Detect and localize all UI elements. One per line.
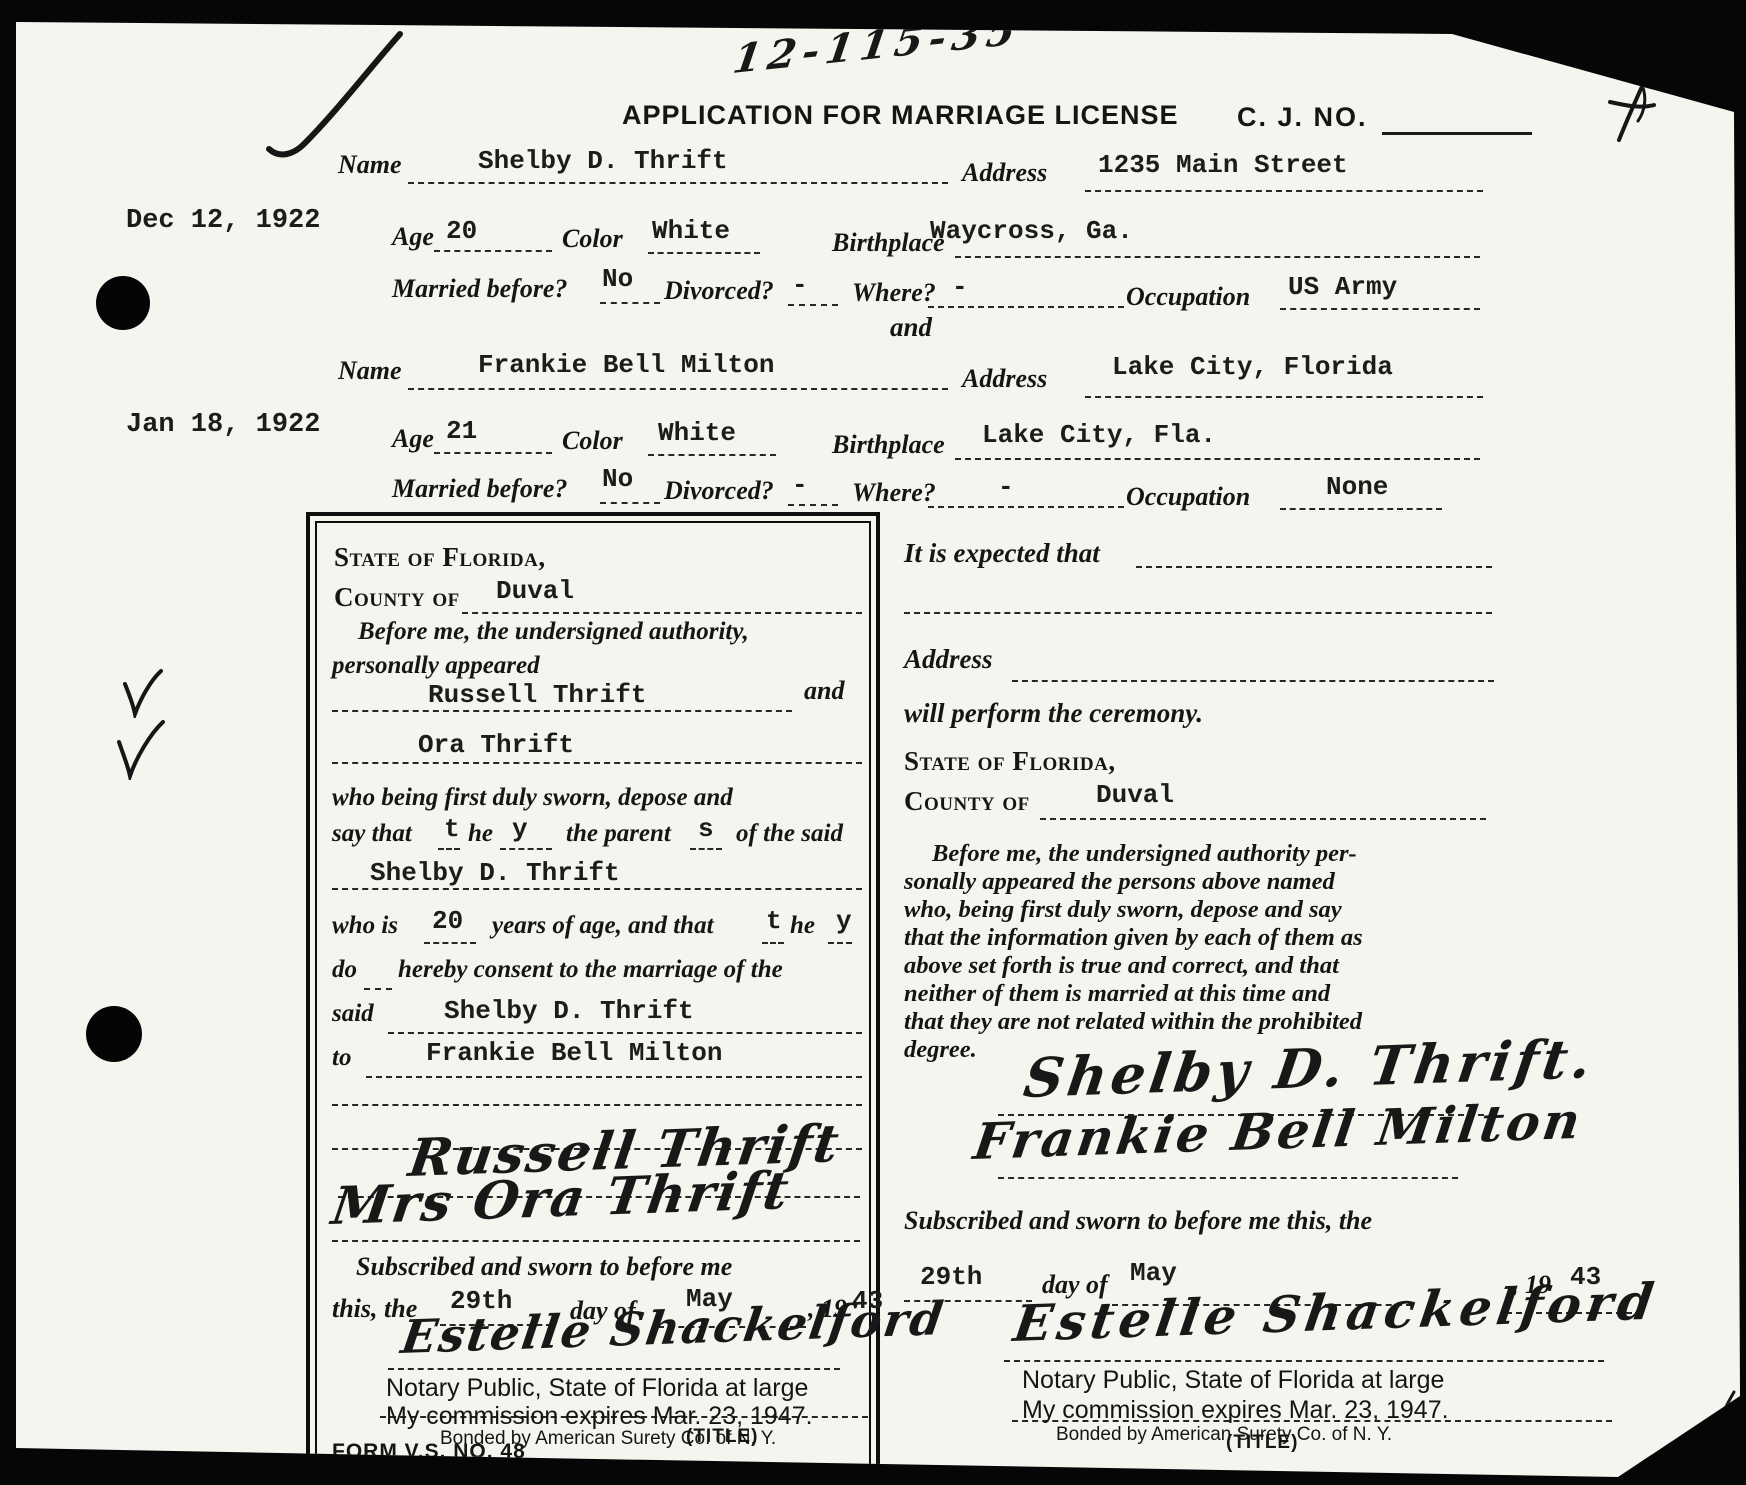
affidavit-title-caption: (TITLE) [1226, 1432, 1298, 1454]
name-label-bride: Name [338, 356, 402, 386]
consent-age-fill2: y [836, 906, 852, 936]
dashed-line [955, 458, 1480, 460]
ceremony-address-label: Address [904, 644, 993, 675]
consent-to-name: Frankie Bell Milton [426, 1038, 722, 1068]
dashed-line [600, 302, 660, 304]
dashed-line [1004, 1360, 1604, 1362]
groom-address-value: 1235 Main Street [1098, 150, 1348, 180]
dashed-line [1136, 566, 1492, 568]
where-label-groom: Where? [852, 278, 936, 308]
occupation-label-groom: Occupation [1126, 282, 1250, 312]
affidavit-line: above set forth is true and correct, and… [904, 952, 1363, 980]
dashed-line [648, 454, 776, 456]
affidavit-county-label: County of [904, 786, 1030, 817]
consent-say-pre: say that [332, 820, 412, 848]
groom-name-value: Shelby D. Thrift [478, 146, 728, 176]
consent-rest-line: hereby consent to the marriage of the [398, 956, 783, 984]
affidavit-bonded-line: Bonded by American Surety Co. of N. Y. [1056, 1424, 1392, 1446]
groom-occupation-value: US Army [1288, 272, 1397, 302]
dashed-line [648, 252, 760, 254]
expected-label: It is expected that [904, 538, 1100, 569]
consent-said-name: Shelby D. Thrift [444, 996, 694, 1026]
consent-child-name: Shelby D. Thrift [370, 858, 620, 888]
consent-parent1-typed: Russell Thrift [428, 680, 646, 710]
perform-ceremony-line: will perform the ceremony. [904, 698, 1203, 729]
consent-intro-line2: personally appeared [332, 652, 540, 680]
married-before-label-bride: Married before? [392, 474, 567, 504]
dashed-line [928, 506, 1124, 508]
consent-sworn-line: who being first duly sworn, depose and [332, 784, 733, 812]
dashed-line [1280, 508, 1442, 510]
dashed-line [998, 1177, 1458, 1179]
dashed-line [434, 250, 552, 252]
bride-stamp-date: Jan 18, 1922 [126, 410, 320, 440]
consent-parent2-typed: Ora Thrift [418, 730, 574, 760]
affidavit-subscribed-line: Subscribed and sworn to before me this, … [904, 1206, 1372, 1236]
dashed-line [1040, 818, 1486, 820]
consent-age-he: he [790, 912, 815, 940]
dashed-line [955, 256, 1480, 258]
affidavit-commission-line: My commission expires Mar. 23, 1947. [1022, 1396, 1449, 1425]
color-label-groom: Color [562, 224, 623, 254]
consent-say-post: of the said [736, 820, 843, 848]
paper-sheet: 12-115-35 APPLICATION FOR MARRIAGE LICEN… [0, 0, 1746, 1485]
bride-age-value: 21 [446, 416, 477, 446]
consent-say-fill3: s [698, 814, 714, 844]
groom-married-before-value: No [602, 264, 633, 294]
x-mark-icon [1598, 78, 1662, 144]
groom-divorced-value: - [792, 270, 808, 300]
consent-to-label: to [332, 1044, 351, 1072]
dashed-line [788, 304, 838, 306]
affidavit-paragraph: Before me, the undersigned authority per… [904, 840, 1363, 1064]
dashed-line [408, 182, 948, 184]
affidavit-month-value: May [1130, 1258, 1177, 1288]
groom-birthplace-value: Waycross, Ga. [930, 216, 1133, 246]
consent-say-fill1: t [444, 814, 460, 844]
consent-and-word: and [804, 676, 844, 706]
dashed-line [1012, 680, 1494, 682]
address-label-groom: Address [962, 158, 1047, 188]
consent-county-value: Duval [496, 576, 574, 606]
groom-stamp-date: Dec 12, 1922 [126, 206, 320, 236]
consent-do-word: do [332, 956, 357, 984]
consent-age-pre: who is [332, 912, 398, 940]
color-label-bride: Color [562, 426, 623, 456]
checkmark-icon [114, 718, 166, 780]
consent-state-heading: State of Florida, [334, 542, 546, 573]
consent-age-value: 20 [432, 906, 463, 936]
groom-age-value: 20 [446, 216, 477, 246]
affidavit-state-heading: State of Florida, [904, 746, 1116, 777]
age-label-groom: Age [392, 222, 434, 252]
affidavit-line: sonally appeared the persons above named [904, 868, 1363, 896]
cj-no-label: C. J. NO. [1237, 102, 1368, 133]
consent-say-he: he [468, 820, 493, 848]
form-number: FORM V.S. NO. 48 [332, 1440, 526, 1464]
consent-say-mid: the parent [566, 820, 671, 848]
consent-subscribed-line1: Subscribed and sworn to before me [356, 1252, 732, 1282]
pen-stroke-icon [242, 28, 407, 168]
cj-no-line [1382, 132, 1532, 135]
bride-name-value: Frankie Bell Milton [478, 350, 774, 380]
and-conjunction: and [890, 312, 932, 343]
dashed-line [600, 502, 660, 504]
dashed-line [434, 452, 552, 454]
consent-age-fill1: t [766, 906, 782, 936]
affidavit-day-value: 29th [920, 1262, 982, 1292]
dashed-line [904, 612, 1492, 614]
affidavit-line: who, being first duly sworn, depose and … [904, 896, 1363, 924]
hole-punch-icon [96, 276, 150, 330]
dashed-line [1280, 308, 1480, 310]
groom-color-value: White [652, 216, 730, 246]
divorced-label-groom: Divorced? [664, 276, 774, 306]
consent-title-caption: (TITLE) [686, 1426, 758, 1448]
bride-occupation-value: None [1326, 472, 1388, 502]
dashed-line [408, 388, 948, 390]
bride-color-value: White [658, 418, 736, 448]
where-label-bride: Where? [852, 478, 936, 508]
consent-notary-title: Notary Public, State of Florida at large [386, 1374, 808, 1403]
bride-birthplace-value: Lake City, Fla. [982, 420, 1216, 450]
consent-say-fill2: y [512, 814, 528, 844]
married-before-label-groom: Married before? [392, 274, 567, 304]
dashed-line [788, 504, 838, 506]
affidavit-notary-title: Notary Public, State of Florida at large [1022, 1366, 1444, 1395]
affidavit-line: neither of them is married at this time … [904, 980, 1363, 1008]
bride-divorced-value: - [792, 470, 808, 500]
pen-curve-icon [1692, 1390, 1738, 1472]
divorced-label-bride: Divorced? [664, 476, 774, 506]
birthplace-label-groom: Birthplace [832, 228, 945, 258]
dashed-line [1085, 396, 1483, 398]
consent-county-label: County of [334, 582, 460, 613]
groom-where-value: - [952, 272, 968, 302]
affidavit-county-value: Duval [1096, 780, 1174, 810]
checkmark-icon [120, 668, 164, 718]
affidavit-line: that the information given by each of th… [904, 924, 1363, 952]
bride-married-before-value: No [602, 464, 633, 494]
bride-address-value: Lake City, Florida [1112, 352, 1393, 382]
handwritten-file-number: 12-115-35 [730, 7, 1025, 83]
scanned-marriage-application: 12-115-35 APPLICATION FOR MARRIAGE LICEN… [0, 0, 1746, 1485]
bride-where-value: - [998, 472, 1014, 502]
consent-age-mid: years of age, and that [492, 912, 714, 940]
age-label-bride: Age [392, 424, 434, 454]
consent-intro-line1: Before me, the undersigned authority, [358, 618, 749, 646]
consent-said-label: said [332, 1000, 374, 1028]
page-title: APPLICATION FOR MARRIAGE LICENSE [622, 100, 1179, 131]
dashed-line [928, 306, 1124, 308]
birthplace-label-bride: Birthplace [832, 430, 945, 460]
occupation-label-bride: Occupation [1126, 482, 1250, 512]
address-label-bride: Address [962, 364, 1047, 394]
affidavit-line: Before me, the undersigned authority per… [904, 840, 1363, 868]
dashed-line [1085, 190, 1483, 192]
hole-punch-icon [86, 1006, 142, 1062]
affidavit-line: that they are not related within the pro… [904, 1008, 1363, 1036]
